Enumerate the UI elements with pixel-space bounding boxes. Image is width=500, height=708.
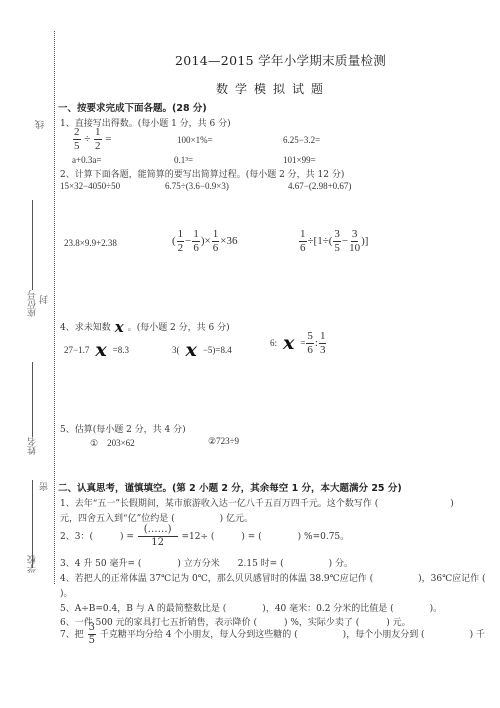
margin-label-mi: 密 bbox=[38, 482, 51, 491]
q4-item-c: 6:x=56:13 bbox=[270, 331, 327, 356]
margin-label-feng: 封 bbox=[38, 295, 51, 304]
section2-heading: 二、认真思考，谨慎填空。(第 2 小题 2 分，其余每空 1 分，本大题满分 2… bbox=[58, 480, 402, 494]
q1-item-d: a+0.3a= bbox=[72, 155, 101, 165]
s2-q1-line2: 元，四舍五入到“亿”位约是 ( ) 亿元。 bbox=[60, 511, 253, 524]
exam-subtitle: 数学模拟试题 bbox=[216, 80, 330, 97]
q5-item-a: ① 203×62 bbox=[90, 436, 135, 449]
q4-item-b: 3(x−5)=8.4 bbox=[172, 339, 232, 361]
q2-label: 2、计算下面各题，能简算的要写出简算过程。(每小题 2 分，共 12 分) bbox=[60, 167, 344, 180]
q2-item-6: 16÷[1÷(35−310)] bbox=[298, 229, 368, 254]
s2-q5: 5、A÷B=0.4，B 与 A 的最简整数比是 ( )，40 毫米：0.2 分米… bbox=[60, 601, 442, 614]
binding-dotted-line bbox=[54, 31, 55, 584]
name-underline bbox=[32, 362, 33, 437]
s2-q3: 3、4 升 50 毫升= ( ) 立方分米 2.15 时= ( ) 分。 bbox=[60, 556, 353, 569]
section1-heading: 一、按要求完成下面各题。(28 分) bbox=[58, 100, 207, 114]
q2-item-3: 4.67−(2.98+0.67) bbox=[288, 181, 351, 191]
q5-label: 5、估算(每小题 2 分，共 4 分) bbox=[60, 422, 186, 435]
q1-item-b: 100×1%= bbox=[177, 135, 213, 145]
s2-q4-line1: 4、若把人的正常体温 37℃记为 0℃，那么贝贝感冒时的体温 38.9℃应记作 … bbox=[60, 571, 486, 584]
q2-item-5: (12−16)×16×36 bbox=[172, 229, 237, 254]
q1-item-f: 101×99= bbox=[283, 155, 316, 165]
q5-item-b: ②723÷9 bbox=[208, 436, 239, 447]
margin-label-xian: 线 bbox=[34, 120, 47, 129]
seat-underline bbox=[32, 200, 33, 290]
exam-title: 2014—2015 学年小学期末质量检测 bbox=[175, 51, 386, 69]
q1-item-c: 6.25−3.2= bbox=[283, 135, 320, 145]
s2-q4-line2: )。 bbox=[60, 586, 73, 599]
s2-q7: 7、把 35 千克糖平均分给 4 个小朋友，每人分到这些糖的 ( )，每个小朋友… bbox=[60, 623, 485, 646]
q2-item-1: 15×32−4050÷50 bbox=[60, 181, 120, 191]
q1-item-e: 0.1³= bbox=[174, 155, 193, 165]
margin-label-name: 姓名 bbox=[26, 437, 39, 455]
q4-item-a: 27−1.7x=8.3 bbox=[64, 339, 129, 361]
variable-x: x bbox=[115, 318, 124, 336]
q1-item-a: 25 ÷ 12 = bbox=[72, 127, 112, 152]
s2-q2: 2、3：( ) = (……)12 =12÷ ( ) = ( ) %=0.75。 bbox=[60, 525, 349, 548]
q2-item-2: 6.75÷(3.6−0.9×3) bbox=[165, 181, 229, 191]
q2-item-4: 23.8×9.9+2.38 bbox=[64, 238, 117, 248]
margin-label-school: 学校 bbox=[26, 555, 39, 573]
s2-q1-line1: 1、去年“五一”长假期间，某市旅游收入达一亿八千五百万四千元。这个数写作 ( ) bbox=[60, 496, 454, 509]
q4-label: 4、求未知数x。(每小题 2 分，共 6 分) bbox=[60, 318, 230, 336]
